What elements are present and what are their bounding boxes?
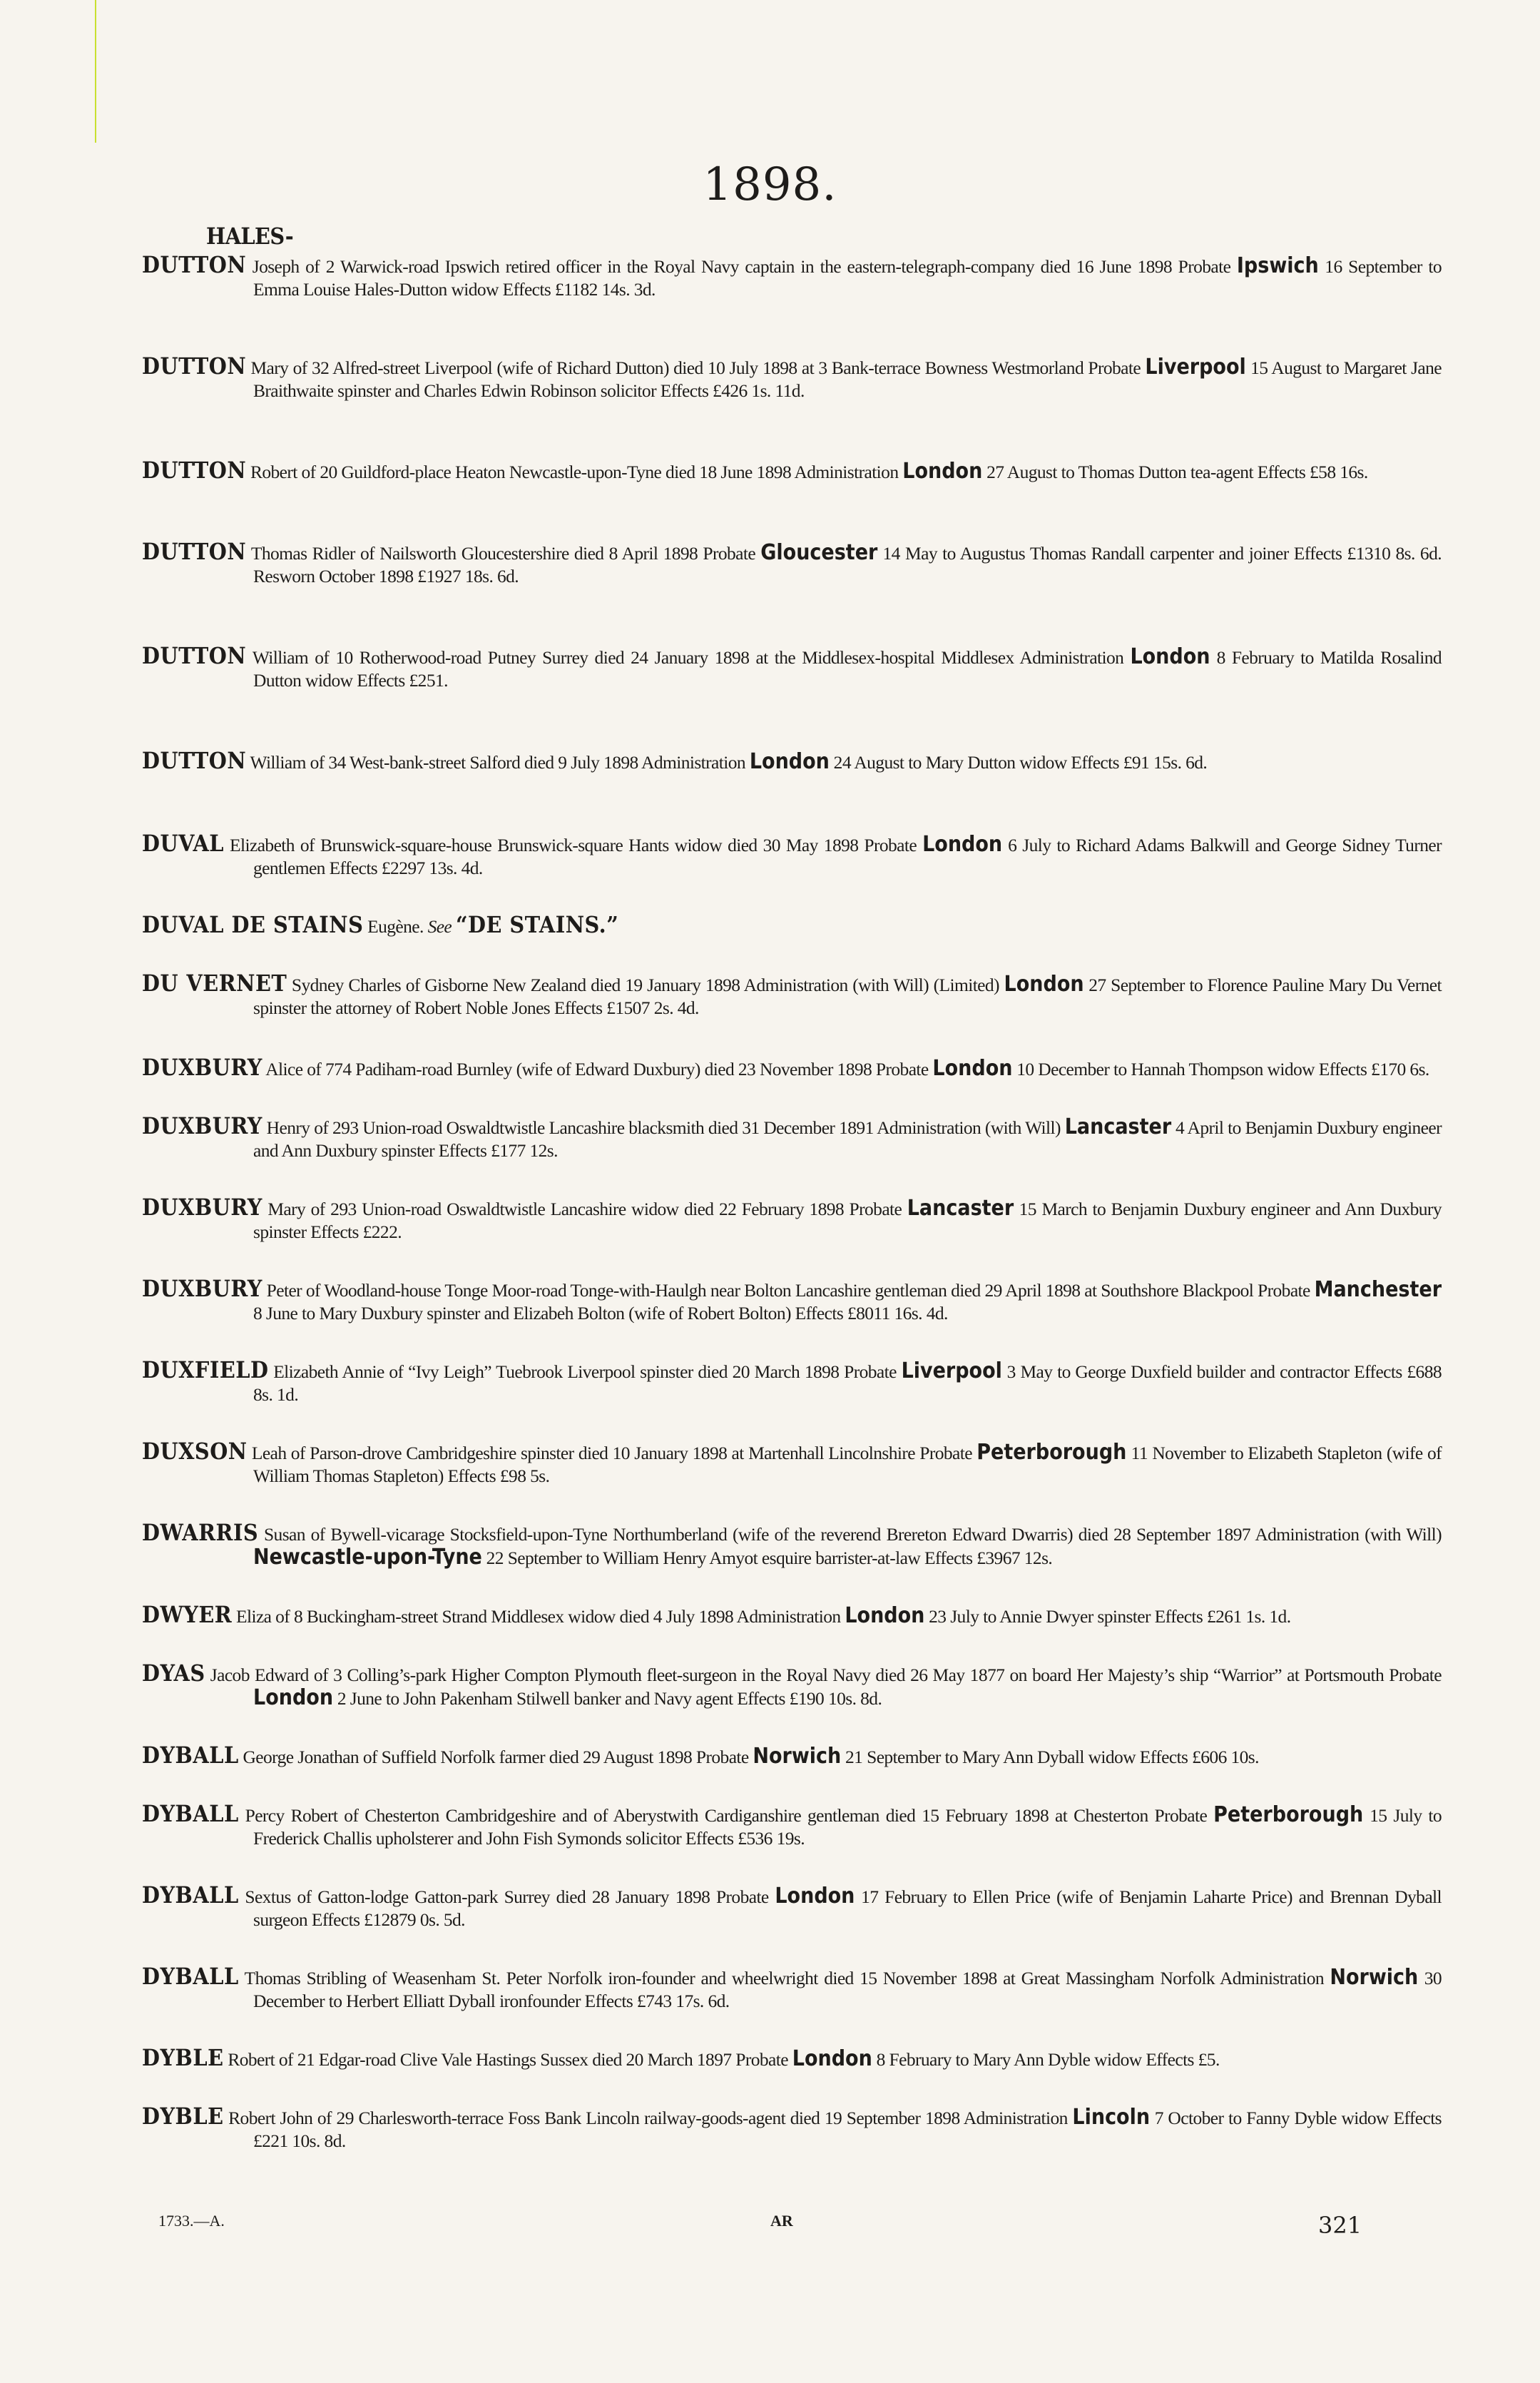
registry-place: London (792, 2046, 872, 2071)
registry-place: Norwich (1330, 1965, 1418, 1990)
entry-details: Leah of Parson-drove Cambridgeshire spin… (252, 1443, 972, 1463)
entry-grant-details: 22 September to William Henry Amyot esqu… (486, 1548, 1053, 1568)
surname: DYBLE (142, 2044, 224, 2071)
register-entry: DWARRIS Susan of Bywell-vicarage Stocksf… (142, 1521, 1442, 1570)
entry-details: William of 34 West-bank-street Salford d… (250, 752, 746, 773)
entry-details: Sydney Charles of Gisborne New Zealand d… (292, 975, 999, 995)
registry-place: Ipswich (1237, 253, 1319, 278)
register-entry: DUTTON William of 10 Rotherwood-road Put… (142, 644, 1442, 692)
entry-grant-details: 27 August to Thomas Dutton tea-agent Eff… (986, 462, 1368, 482)
register-entry: DUTTON Thomas Ridler of Nailsworth Glouc… (142, 540, 1442, 588)
footer-signature: AR (770, 2212, 793, 2230)
entry-grant-details: 10 December to Hannah Thompson widow Eff… (1016, 1059, 1429, 1079)
registry-place: Lincoln (1072, 2105, 1150, 2130)
margin-rule (95, 0, 96, 143)
registry-place: London (253, 1685, 333, 1710)
entry-details: Elizabeth of Brunswick-square-house Brun… (230, 835, 917, 855)
registry-place: Gloucester (760, 540, 877, 565)
entry-grant-details: 23 July to Annie Dwyer spinster Effects … (929, 1606, 1290, 1627)
entry-grant-details: 21 September to Mary Ann Dyball widow Ef… (845, 1747, 1259, 1767)
register-entry: DYBLE Robert of 21 Edgar-road Clive Vale… (142, 2046, 1442, 2071)
surname: DYAS (142, 1660, 205, 1687)
surname: DUXBURY (142, 1112, 262, 1139)
entry-list: HALES-DUTTON Joseph of 2 Warwick-road Ip… (142, 253, 1442, 2153)
entry-details: Robert of 20 Guildford-place Heaton Newc… (250, 462, 899, 482)
surname: DU VERNET (142, 970, 287, 997)
entry-details: William of 10 Rotherwood-road Putney Sur… (253, 647, 1124, 668)
surname: DYBLE (142, 2103, 224, 2130)
register-entry: DYBALL Sextus of Gatton-lodge Gatton-par… (142, 1884, 1442, 1931)
registry-place: London (922, 832, 1002, 857)
register-entry: DUXBURY Henry of 293 Union-road Oswaldtw… (142, 1114, 1442, 1162)
register-entry: DUTTON Mary of 32 Alfred-street Liverpoo… (142, 355, 1442, 402)
register-entry: DYBALL Thomas Stribling of Weasenham St.… (142, 1965, 1442, 2013)
register-entry: DUXBURY Peter of Woodland-house Tonge Mo… (142, 1277, 1442, 1325)
surname: DWYER (142, 1601, 232, 1628)
entry-grant-details: 8 June to Mary Duxbury spinster and Eliz… (253, 1303, 948, 1323)
surname: DUTTON (142, 251, 246, 278)
entry-details: Sextus of Gatton-lodge Gatton-park Surre… (245, 1886, 768, 1907)
register-entry: DWYER Eliza of 8 Buckingham-street Stran… (142, 1603, 1442, 1628)
surname: DUTTON (142, 642, 246, 669)
register-entry: DYBLE Robert John of 29 Charlesworth-ter… (142, 2105, 1442, 2153)
entry-details: Alice of 774 Padiham-road Burnley (wife … (265, 1059, 928, 1079)
register-entry: DUTTON William of 34 West-bank-street Sa… (142, 749, 1442, 774)
register-entry: DYBALL Percy Robert of Chesterton Cambri… (142, 1802, 1442, 1850)
entry-grant-details: 8 February to Mary Ann Dyble widow Effec… (877, 2049, 1220, 2070)
surname: DYBALL (142, 1881, 239, 1909)
entry-details: Thomas Ridler of Nailsworth Gloucestersh… (251, 543, 755, 564)
registry-place: Manchester (1315, 1277, 1442, 1302)
surname: DUXBURY (142, 1054, 262, 1081)
surname: DUXBURY (142, 1275, 262, 1302)
entry-details: Robert of 21 Edgar-road Clive Vale Hasti… (228, 2049, 788, 2070)
surname: DYBALL (142, 1800, 239, 1827)
register-entry: DYAS Jacob Edward of 3 Colling’s-park Hi… (142, 1662, 1442, 1710)
registry-place: London (932, 1056, 1012, 1081)
registry-place: London (775, 1884, 855, 1909)
register-entry: DUVAL Elizabeth of Brunswick-square-hous… (142, 832, 1442, 880)
registry-place: Newcastle-upon-Tyne (253, 1545, 482, 1570)
see-reference-target: “DE STAINS.” (456, 911, 618, 938)
registry-place: London (750, 749, 830, 774)
entry-details: Percy Robert of Chesterton Cambridgeshir… (245, 1805, 1208, 1826)
surname: DWARRIS (142, 1519, 258, 1546)
entry-details: Eliza of 8 Buckingham-street Strand Midd… (236, 1606, 841, 1627)
surname-prefix: HALES- (206, 225, 293, 248)
year-heading: 1898. (0, 158, 1540, 211)
registry-place: Lancaster (907, 1196, 1014, 1221)
register-entry: HALES-DUTTON Joseph of 2 Warwick-road Ip… (142, 253, 1442, 301)
surname: DUXFIELD (142, 1356, 268, 1383)
registry-place: Peterborough (1213, 1802, 1363, 1827)
registry-place: London (1130, 644, 1210, 669)
surname: DUTTON (142, 457, 246, 484)
page-number: 321 (1318, 2212, 1362, 2239)
entry-details: Peter of Woodland-house Tonge Moor-road … (267, 1280, 1310, 1301)
entry-details: Joseph of 2 Warwick-road Ipswich retired… (253, 256, 1231, 277)
surname: DYBALL (142, 1742, 239, 1769)
register-entry: DYBALL George Jonathan of Suffield Norfo… (142, 1744, 1442, 1769)
registry-place: Liverpool (1145, 355, 1245, 380)
registry-place: London (902, 459, 982, 484)
entry-details: Jacob Edward of 3 Colling’s-park Higher … (210, 1665, 1442, 1685)
register-entry: DUXFIELD Elizabeth Annie of “Ivy Leigh” … (142, 1358, 1442, 1406)
register-entry: DUXBURY Mary of 293 Union-road Oswaldtwi… (142, 1196, 1442, 1244)
surname: DUTTON (142, 747, 246, 774)
register-page: 1898. HALES-DUTTON Joseph of 2 Warwick-r… (0, 0, 1540, 2383)
entry-details: Mary of 32 Alfred-street Liverpool (wife… (250, 357, 1141, 378)
surname: DUVAL (142, 830, 224, 857)
surname: DUTTON (142, 352, 246, 380)
register-entry: DUVAL DE STAINS Eugène. See “DE STAINS.” (142, 913, 1442, 938)
surname: DUTTON (142, 538, 246, 565)
surname: DYBALL (142, 1963, 239, 1990)
footer-print-code: 1733.—A. (158, 2212, 225, 2230)
register-entry: DUXBURY Alice of 774 Padiham-road Burnle… (142, 1056, 1442, 1081)
surname: DUXSON (142, 1438, 248, 1465)
entry-details: Henry of 293 Union-road Oswaldtwistle La… (267, 1117, 1061, 1138)
entry-details: George Jonathan of Suffield Norfolk farm… (243, 1747, 748, 1767)
register-entry: DU VERNET Sydney Charles of Gisborne New… (142, 972, 1442, 1020)
register-entry: DUTTON Robert of 20 Guildford-place Heat… (142, 459, 1442, 484)
surname: DUVAL DE STAINS (142, 911, 363, 938)
entry-details: Robert John of 29 Charlesworth-terrace F… (228, 2108, 1068, 2128)
registry-place: London (845, 1603, 924, 1628)
registry-place: Liverpool (902, 1358, 1002, 1383)
entry-grant-details: 24 August to Mary Dutton widow Effects £… (834, 752, 1208, 773)
register-entry: DUXSON Leah of Parson-drove Cambridgeshi… (142, 1440, 1442, 1488)
registry-place: Peterborough (976, 1440, 1126, 1465)
registry-place: Lancaster (1065, 1114, 1171, 1139)
entry-grant-details: 2 June to John Pakenham Stilwell banker … (337, 1688, 882, 1709)
entry-details: Eugène. (367, 916, 424, 937)
see-reference-label: See (428, 916, 452, 937)
surname: DUXBURY (142, 1194, 262, 1221)
entry-details: Mary of 293 Union-road Oswaldtwistle Lan… (267, 1199, 902, 1219)
entry-details: Thomas Stribling of Weasenham St. Peter … (245, 1968, 1324, 1988)
entry-details: Elizabeth Annie of “Ivy Leigh” Tuebrook … (273, 1361, 897, 1382)
registry-place: London (1004, 972, 1084, 997)
registry-place: Norwich (753, 1744, 841, 1769)
entry-details: Susan of Bywell-vicarage Stocksfield-upo… (264, 1524, 1442, 1545)
